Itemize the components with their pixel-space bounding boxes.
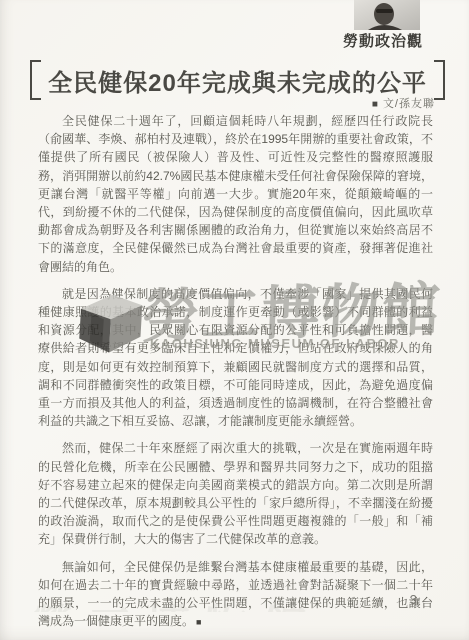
page-number: 3 bbox=[410, 592, 417, 607]
column-author-photo bbox=[354, 0, 420, 30]
byline: ■文/孫友聯 bbox=[372, 95, 435, 111]
byline-square-icon: ■ bbox=[372, 99, 379, 110]
title-left-bracket bbox=[30, 60, 41, 100]
byline-text: 文/孫友聯 bbox=[383, 98, 435, 110]
title-right-bracket bbox=[434, 60, 445, 100]
paragraph-4: 無論如何，全民健保仍是維繫台灣基本健康權最重要的基礎，因此，如何在過去二十年的寶… bbox=[38, 558, 433, 632]
article-end-mark-icon: ■ bbox=[196, 617, 201, 627]
paragraph-2: 就是因為健保制度的高度價值偏向，不僅牽涉「國家」提供其國民何種健康照護的基本政治… bbox=[38, 285, 433, 431]
article-title: 全民健保20年完成與未完成的公平 bbox=[41, 60, 434, 100]
scanned-magazine-page: 勞動政治觀 全民健保20年完成與未完成的公平 ■文/孫友聯 全民健保二十週年了，… bbox=[0, 0, 469, 640]
article-title-block: 全民健保20年完成與未完成的公平 bbox=[30, 60, 445, 100]
paragraph-3: 然而，健保二十年來歷經了兩次重大的挑戰，一次是在實施兩週年時的民營化危機，所幸在… bbox=[38, 439, 433, 548]
paragraph-1: 全民健保二十週年了，回顧這個耗時八年規劃，經歷四任行政院長（俞國華、李煥、郝柏村… bbox=[38, 112, 433, 276]
portrait-placeholder-icon bbox=[354, 0, 420, 30]
column-label: 勞動政治觀 bbox=[333, 30, 433, 51]
article-body: 全民健保二十週年了，回顧這個耗時八年規劃，經歷四任行政院長（俞國華、李煥、郝柏村… bbox=[38, 112, 433, 640]
